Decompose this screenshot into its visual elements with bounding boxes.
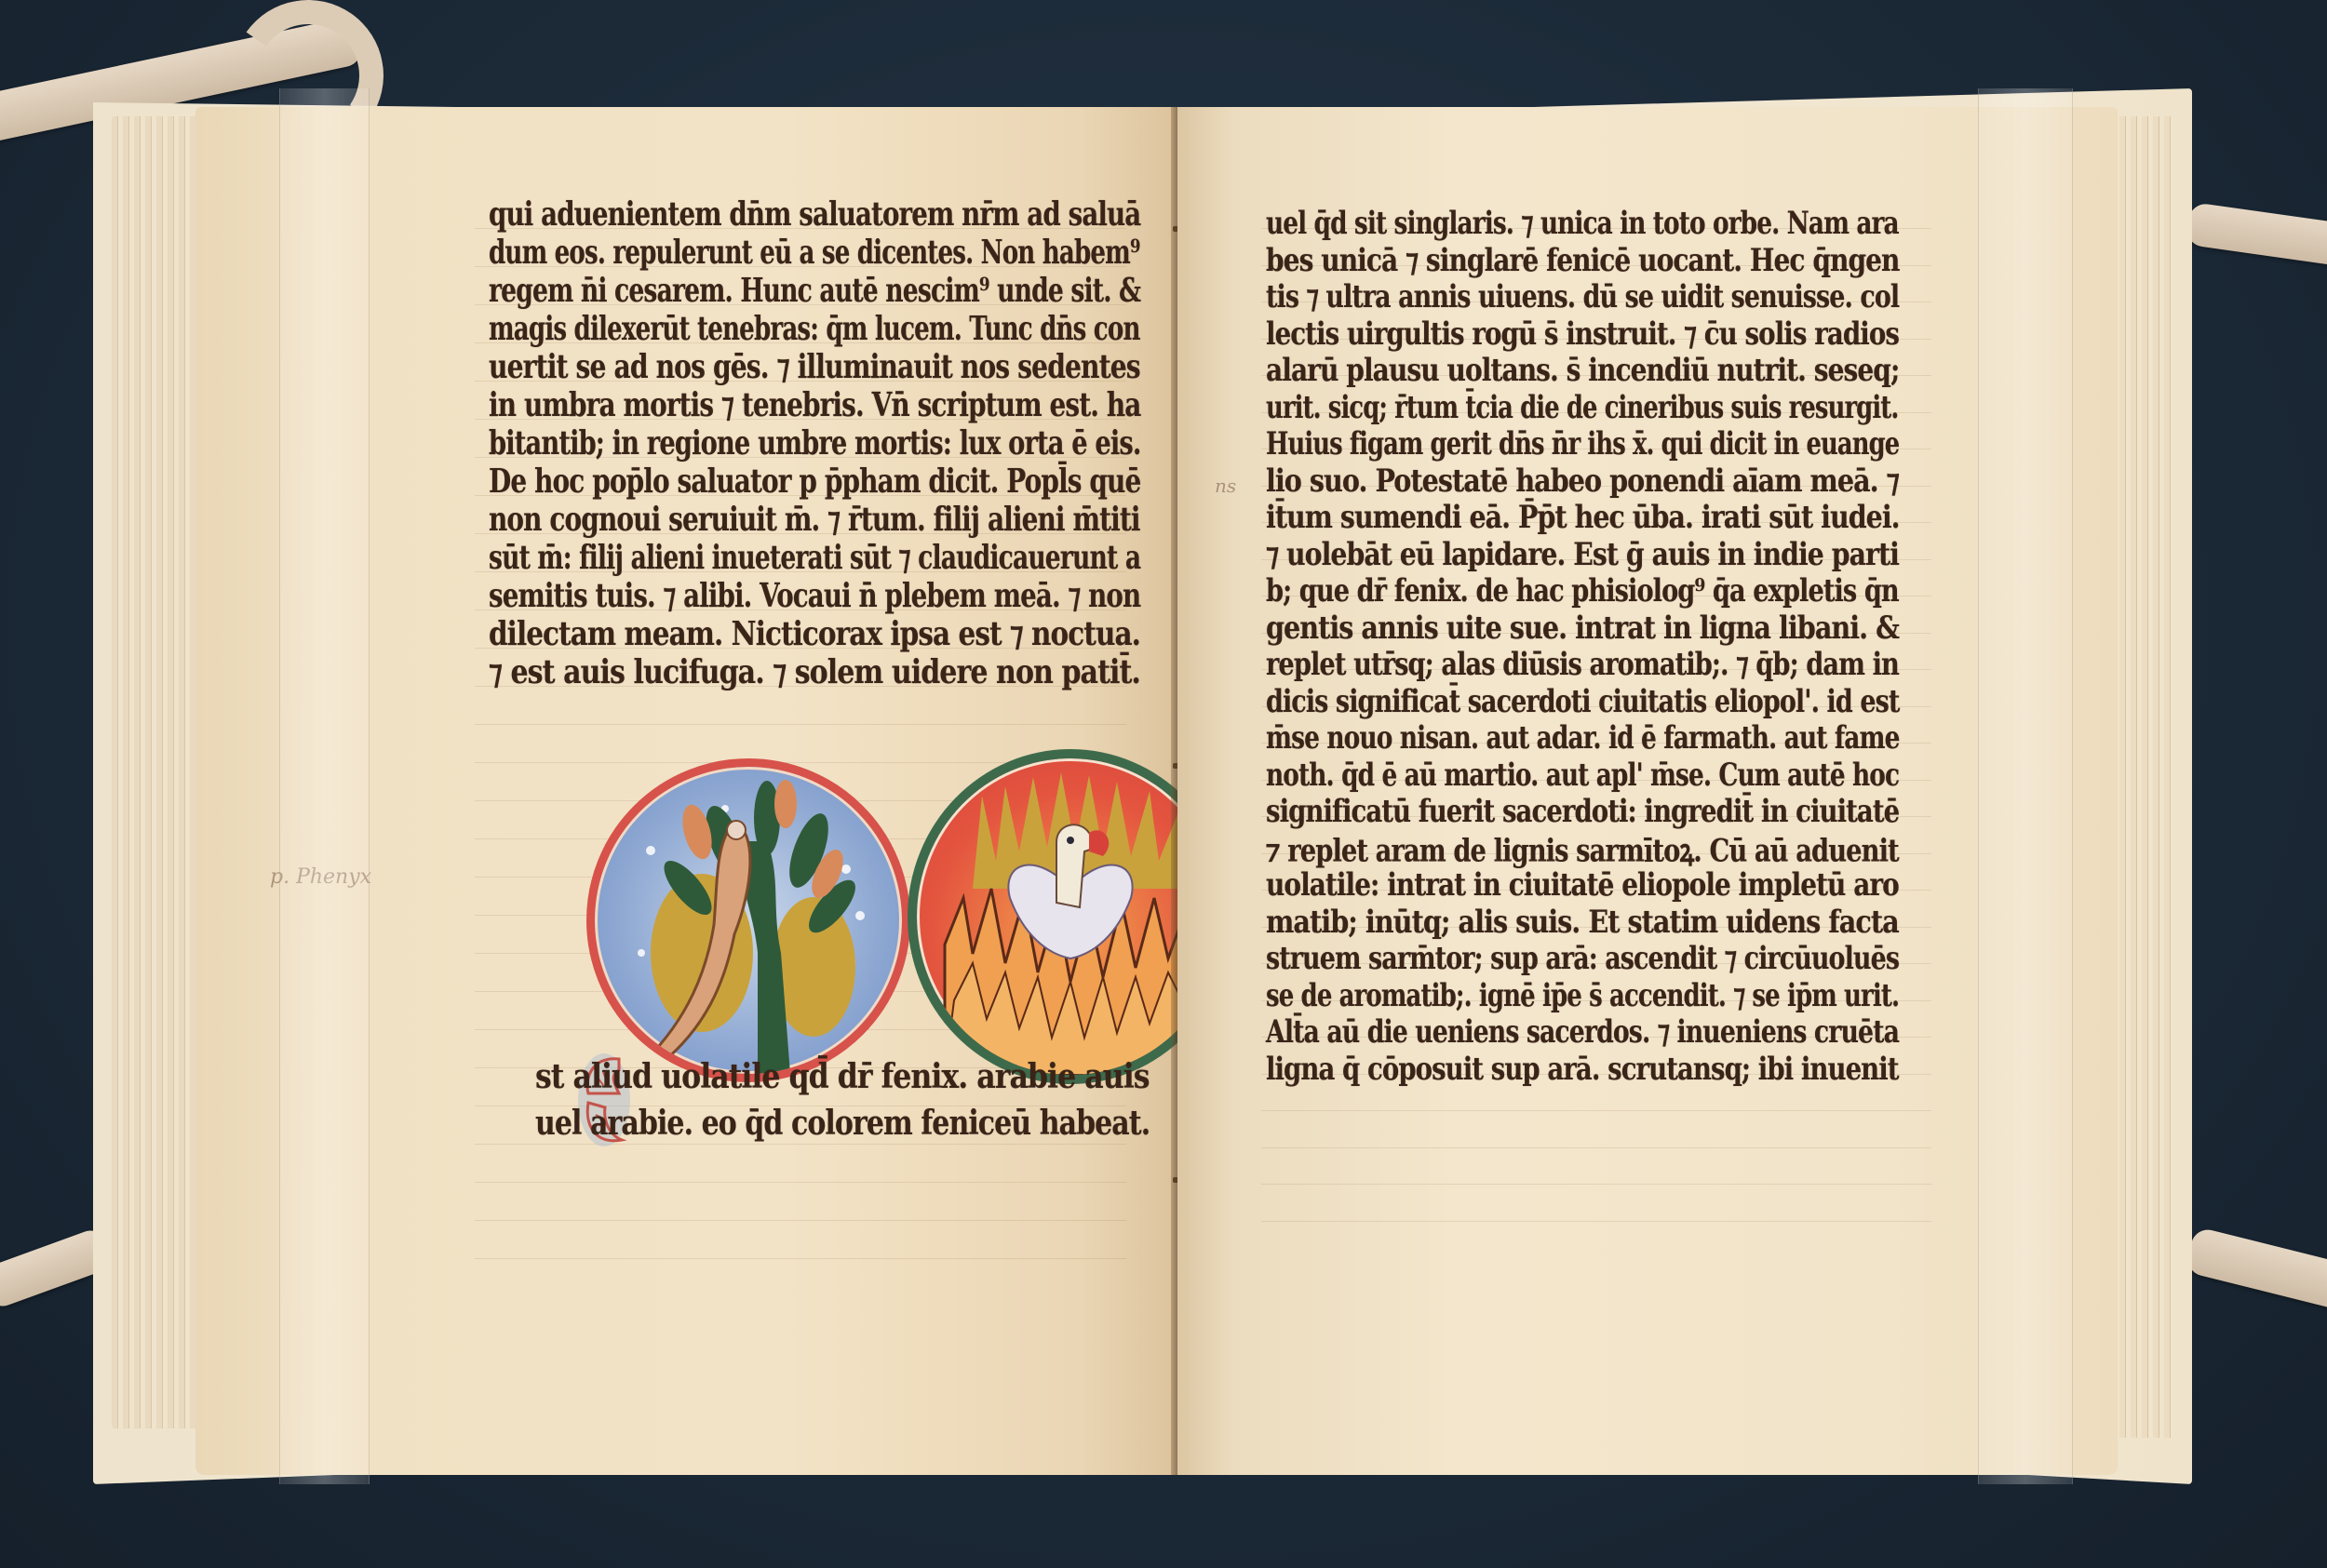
manuscript-text-line: dum eos. repulerunt eū a se dicentes. No… — [489, 234, 1140, 272]
manuscript-text-line: matib; inūtq; alis suis. Et statim uiden… — [1266, 903, 1899, 939]
manuscript-text-line: sūt m̄: filij alieni inueterati sūt ⁊ cl… — [489, 539, 1140, 577]
cloth-tie-bottom-right — [2185, 1226, 2327, 1314]
manuscript-text-line: se de aromatib;. ignē ip̄e s̄ accendit. … — [1266, 976, 1899, 1012]
phoenix-flames-illustration-icon — [917, 758, 1177, 1075]
manuscript-text-line: semitis tuis. ⁊ alibi. Vocaui n̄ plebem … — [489, 577, 1140, 615]
page-ruling-line — [475, 1258, 1126, 1259]
right-page-stack — [2108, 116, 2173, 1438]
page-ruling-line — [475, 1144, 1126, 1145]
manuscript-text-line: Huius figam gerit dn̄s n̄r ihs x̄. qui d… — [1266, 425, 1899, 462]
manuscript-text-line: uolatile: intrat in ciuitatē eliopole im… — [1266, 866, 1899, 903]
manuscript-text-line: in umbra mortis ⁊ tenebris. Vn̄ scriptum… — [489, 386, 1140, 424]
manuscript-text-line: urit. sicq; r̄tum t̄cia die de cineribus… — [1266, 388, 1898, 424]
manuscript-text-line: dilectam meam. Nicticorax ipsa est ⁊ noc… — [489, 615, 1140, 653]
manuscript-text-line: alarū plausu uoltans. s̄ incendiū nutrit… — [1266, 352, 1899, 388]
page-ruling-line — [1261, 1184, 1931, 1185]
manuscript-text-line: uel arabie. eo q̄d colorem feniceū habea… — [535, 1102, 1150, 1143]
transparent-tape-strip-right — [1978, 88, 2073, 1484]
cloth-tie-top-right — [2186, 202, 2327, 269]
manuscript-text-line: regem n̄i cesarem. Hunc autē nescim⁹ und… — [489, 272, 1140, 310]
manuscript-text-line: tis ⁊ ultra annis uiuens. dū se uidit se… — [1266, 278, 1899, 315]
transparent-tape-strip-left — [279, 88, 370, 1484]
manuscript-text-line: ligna q̄ cōposuit sup arā. scrutansq; ib… — [1266, 1050, 1899, 1086]
illustration-phoenix-in-flames — [908, 749, 1177, 1084]
manuscript-text-line: uel q̄d sit singlaris. ⁊ unica in toto o… — [1266, 205, 1899, 241]
manuscript-text-line: magis dilexerūt tenebras: q̄m lucem. Tun… — [489, 310, 1140, 348]
manuscript-text-line: non cognoui seruiuit m̄. ⁊ r̄tum. filij … — [489, 501, 1140, 539]
manuscript-text-line: ⁊ replet aram de lignis sarmītoꝝ. Cū aū … — [1266, 829, 1899, 871]
manuscript-text-line: it̄um sumendi eā. P̄p̄t hec ūba. irati s… — [1266, 499, 1900, 535]
manuscript-text-line: De hoc pop̄lo saluator p p̄pham dicit. P… — [489, 462, 1140, 501]
right-page[interactable]: 61 ns uel q̄d sit singlaris. ⁊ unica in … — [1177, 107, 2118, 1475]
manuscript-text-line: lectis uirgultis rogū s̄ instruit. ⁊ c̄u… — [1266, 315, 1899, 351]
page-ruling-line — [475, 1182, 1126, 1183]
manuscript-text-line: bes unicā ⁊ singlarē fenicē uocant. Hec … — [1266, 241, 1900, 277]
open-manuscript-book: p. Phenyx qui aduenientem dn̄m saluatore… — [93, 88, 2192, 1484]
manuscript-text-line: m̄se nouo nisan. aut adar. id ē farmath.… — [1266, 719, 1900, 756]
manuscript-text-line: uertit se ad nos gēs. ⁊ illuminauit nos … — [489, 348, 1140, 386]
manuscript-text-line: b; que dr̄ fenix. de hac phisiolog⁹ q̄a … — [1266, 572, 1899, 609]
manuscript-text-line: gentis annis uite sue. intrat in ligna l… — [1266, 609, 1899, 645]
manuscript-text-line: ⁊ est auis lucifuga. ⁊ solem uidere non … — [489, 653, 1140, 691]
manuscript-text-line: ⁊ uolebāt eū lapidare. Est ḡ auis in ind… — [1266, 535, 1899, 571]
manuscript-text-line: qui aduenientem dn̄m saluatorem nr̄m ad … — [489, 195, 1140, 234]
manuscript-text-line: struem sarm̄tor; sup arā: ascendit ⁊ cir… — [1266, 940, 1899, 976]
phoenix-tree-illustration-icon — [595, 767, 902, 1074]
page-ruling-line — [475, 1220, 1126, 1221]
page-ruling-line — [1261, 1221, 1931, 1222]
manuscript-text-line: bitantib; in regione umbre mortis: lux o… — [489, 424, 1141, 462]
manuscript-text-line: Alt̄a aū die ueniens sacerdos. ⁊ inuenie… — [1266, 1013, 1899, 1050]
manuscript-text-line: dicis significat̄ sacerdoti ciuitatis el… — [1266, 682, 1899, 718]
manuscript-text-line: lio suo. Potestatē habeo ponendi aīam me… — [1266, 462, 1899, 498]
manuscript-text-line: replet utr̄sq; alas diūsis aromatib;. ⁊ … — [1266, 646, 1899, 682]
manuscript-text-line: st aliud uolatile qd̄ dr̄ fenix. arabie … — [535, 1055, 1150, 1096]
manuscript-text-line: noth. q̄d ē aū martio. aut apl' m̄se. Cu… — [1266, 756, 1899, 792]
page-ruling-line — [475, 724, 1126, 725]
page-ruling-line — [1261, 1110, 1931, 1111]
page-ruling-line — [1261, 1147, 1931, 1148]
manuscript-text-line: significatū fuerit sacerdoti: ingredit̄ … — [1266, 793, 1899, 829]
marginal-mark-right: ns — [1215, 475, 1236, 497]
illustration-phoenix-gathering-spices — [586, 758, 910, 1082]
